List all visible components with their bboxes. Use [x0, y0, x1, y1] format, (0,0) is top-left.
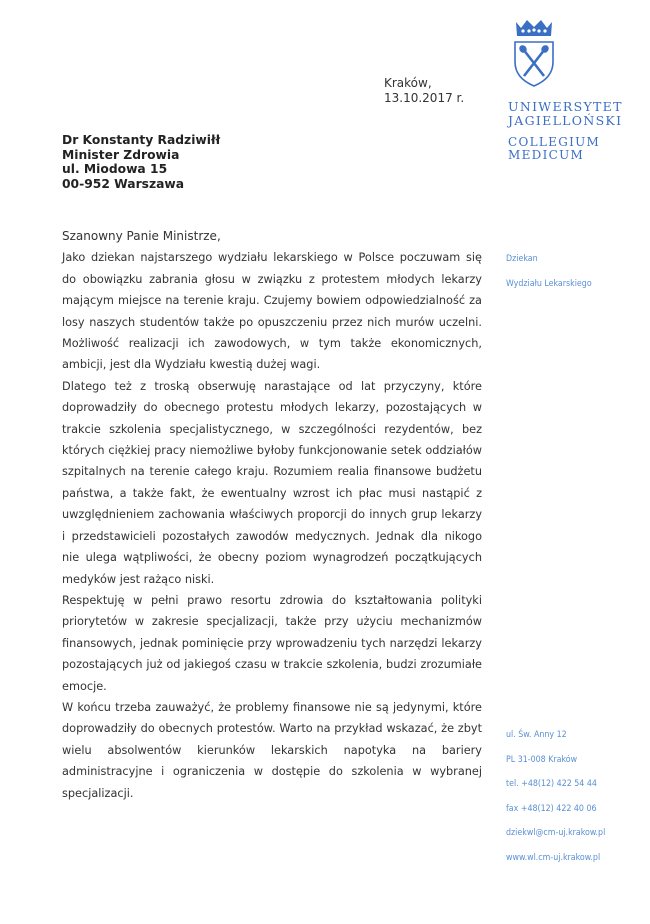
university-name: UNIWERSYTET JAGIELLOŃSKI — [508, 100, 628, 128]
university-logo: UNIWERSYTET JAGIELLOŃSKI COLLEGIUM MEDIC… — [508, 18, 628, 162]
letter-page: UNIWERSYTET JAGIELLOŃSKI COLLEGIUM MEDIC… — [0, 0, 650, 924]
paragraph: Jako dziekan najstarszego wydziału lekar… — [62, 247, 482, 375]
contact-street: ul. Św. Anny 12 — [506, 723, 605, 748]
addressee-block: Dr Konstanty Radziwiłł Minister Zdrowia … — [62, 133, 220, 191]
addressee-city: 00-952 Warszawa — [62, 177, 220, 192]
addressee-name: Dr Konstanty Radziwiłł — [62, 133, 220, 148]
college-name-line2: MEDICUM — [508, 149, 628, 162]
college-name: COLLEGIUM MEDICUM — [508, 136, 628, 162]
salutation: Szanowny Panie Ministrze, — [62, 226, 482, 247]
contact-website: www.wl.cm-uj.krakow.pl — [506, 846, 605, 871]
letter-body: Szanowny Panie Ministrze, Jako dziekan n… — [62, 226, 482, 804]
paragraph: Dlatego też z troską obserwuję narastają… — [62, 376, 482, 590]
crown-shield-crossed-scepters-icon — [512, 18, 556, 88]
university-name-line1: UNIWERSYTET — [508, 100, 628, 114]
contact-block: ul. Św. Anny 12 PL 31-008 Kraków tel. +4… — [506, 723, 605, 870]
contact-phone: tel. +48(12) 422 54 44 — [506, 772, 605, 797]
date-place: Kraków, — [384, 76, 464, 91]
paragraph: W końcu trzeba zauważyć, że problemy fin… — [62, 697, 482, 804]
paragraph: Respektuję w pełni prawo resortu zdrowia… — [62, 590, 482, 697]
addressee-street: ul. Miodowa 15 — [62, 162, 220, 177]
letter-date: Kraków, 13.10.2017 r. — [384, 76, 464, 105]
sender-title-line1: Dziekan — [506, 247, 592, 272]
date-value: 13.10.2017 r. — [384, 91, 464, 106]
university-name-line2: JAGIELLOŃSKI — [508, 114, 628, 128]
contact-email: dziekwl@cm-uj.krakow.pl — [506, 821, 605, 846]
sender-title-line2: Wydziału Lekarskiego — [506, 272, 592, 297]
addressee-title: Minister Zdrowia — [62, 148, 220, 163]
contact-city: PL 31-008 Kraków — [506, 748, 605, 773]
contact-fax: fax +48(12) 422 40 06 — [506, 797, 605, 822]
sender-title-block: Dziekan Wydziału Lekarskiego — [506, 247, 592, 297]
